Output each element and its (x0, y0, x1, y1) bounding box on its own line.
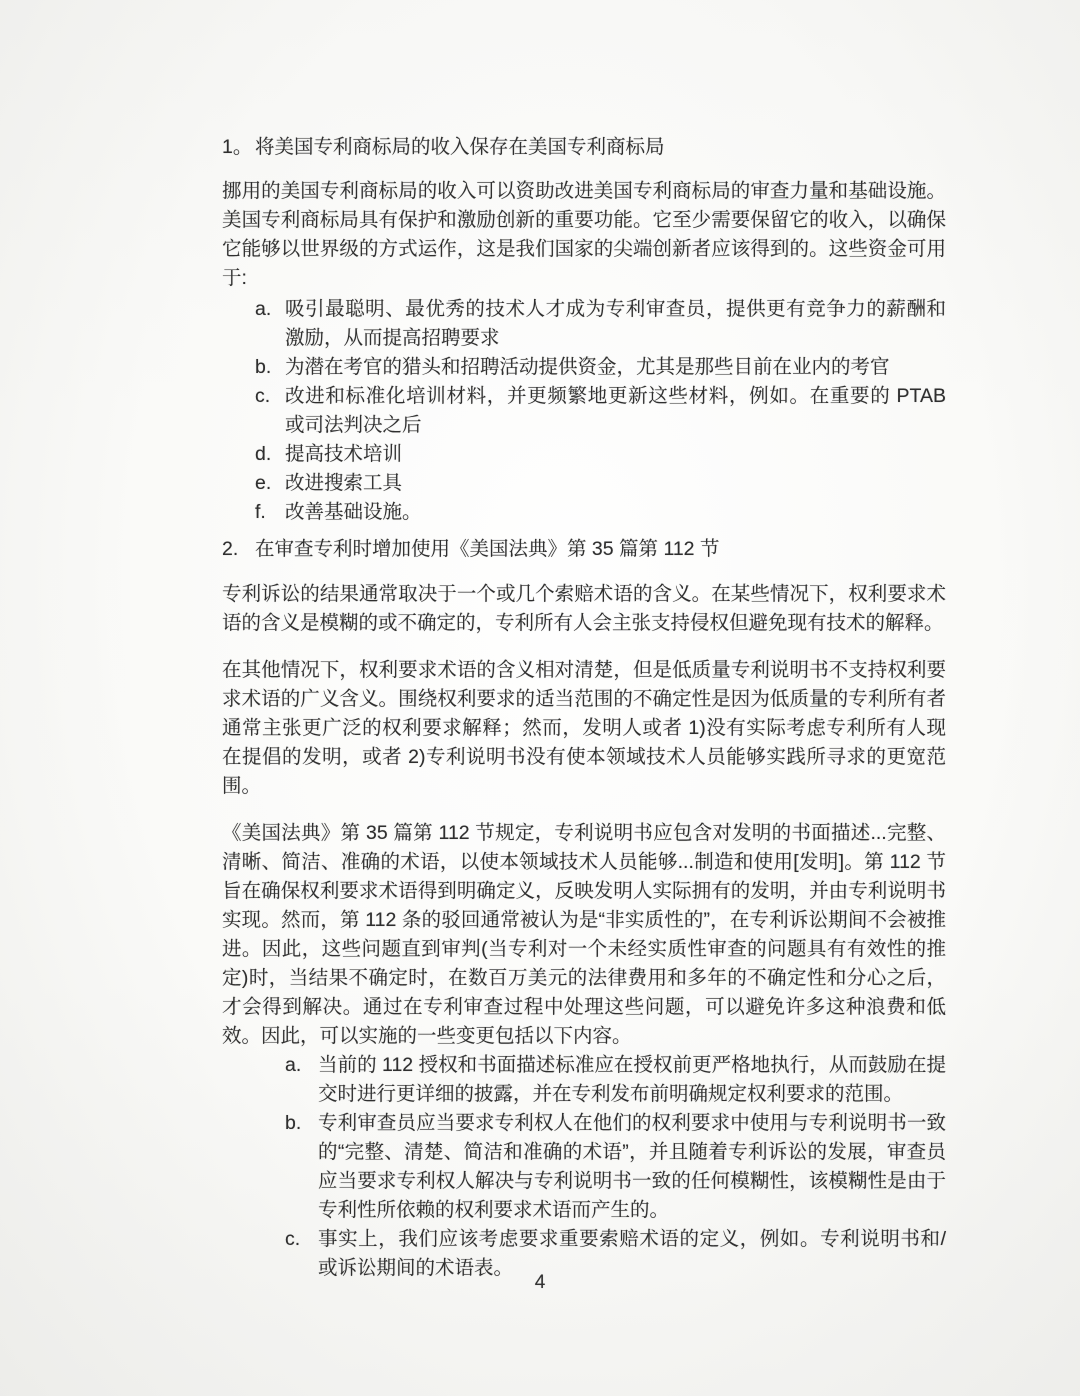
list-item-label: c. (285, 1225, 318, 1254)
list-item-label: c. (255, 382, 285, 411)
list-item-text: 专利审查员应当要求专利权人在他们的权利要求中使用与专利说明书一致的“完整、清楚、… (318, 1109, 946, 1225)
page-content: 1。 将美国专利商标局的收入保存在美国专利商标局 挪用的美国专利商标局的收入可以… (222, 133, 946, 1283)
list-item: b. 专利审查员应当要求专利权人在他们的权利要求中使用与专利说明书一致的“完整、… (285, 1109, 946, 1225)
list-item-label: b. (285, 1109, 318, 1138)
list-item-label: a. (285, 1051, 318, 1080)
section-2-paragraph-1: 专利诉讼的结果通常取决于一个或几个索赔术语的含义。在某些情况下，权利要求术语的含… (222, 580, 946, 638)
list-item: f. 改善基础设施。 (255, 498, 946, 527)
list-item: a. 当前的 112 授权和书面描述标准应在授权前更严格地执行，从而鼓励在提交时… (285, 1051, 946, 1109)
list-item: a. 吸引最聪明、最优秀的技术人才成为专利审查员，提供更有竞争力的薪酬和激励，从… (255, 295, 946, 353)
section-2-title: 在审查专利时增加使用《美国法典》第 35 篇第 112 节 (255, 535, 946, 564)
list-item-text: 改善基础设施。 (285, 498, 946, 527)
list-item: b. 为潜在考官的猎头和招聘活动提供资金，尤其是那些目前在业内的考官 (255, 353, 946, 382)
list-item-label: d. (255, 440, 285, 469)
section-2-paragraph-2: 在其他情况下，权利要求术语的含义相对清楚，但是低质量专利说明书不支持权利要求术语… (222, 656, 946, 801)
list-item-label: f. (255, 498, 285, 527)
list-item-text: 改进和标准化培训材料，并更频繁地更新这些材料，例如。在重要的 PTAB 或司法判… (285, 382, 946, 440)
list-item-text: 改进搜索工具 (285, 469, 946, 498)
list-item: c. 改进和标准化培训材料，并更频繁地更新这些材料，例如。在重要的 PTAB 或… (255, 382, 946, 440)
list-item: d. 提高技术培训 (255, 440, 946, 469)
list-item-text: 吸引最聪明、最优秀的技术人才成为专利审查员，提供更有竞争力的薪酬和激励，从而提高… (285, 295, 946, 353)
page-number: 4 (0, 1272, 1080, 1294)
section-2-number: 2. (222, 535, 255, 564)
section-1-heading: 1。 将美国专利商标局的收入保存在美国专利商标局 (222, 133, 946, 162)
list-item-text: 当前的 112 授权和书面描述标准应在授权前更严格地执行，从而鼓励在提交时进行更… (318, 1051, 946, 1109)
list-item: e. 改进搜索工具 (255, 469, 946, 498)
list-item-label: b. (255, 353, 285, 382)
section-1-paragraph: 挪用的美国专利商标局的收入可以资助改进美国专利商标局的审查力量和基础设施。美国专… (222, 177, 946, 293)
section-1-title: 将美国专利商标局的收入保存在美国专利商标局 (255, 133, 946, 162)
document-page: 1。 将美国专利商标局的收入保存在美国专利商标局 挪用的美国专利商标局的收入可以… (0, 0, 1080, 1396)
section-2-list: a. 当前的 112 授权和书面描述标准应在授权前更严格地执行，从而鼓励在提交时… (222, 1051, 946, 1283)
list-item-text: 提高技术培训 (285, 440, 946, 469)
section-2-paragraph-3: 《美国法典》第 35 篇第 112 节规定，专利说明书应包含对发明的书面描述..… (222, 819, 946, 1051)
list-item-text: 为潜在考官的猎头和招聘活动提供资金，尤其是那些目前在业内的考官 (285, 353, 946, 382)
section-1-list: a. 吸引最聪明、最优秀的技术人才成为专利审查员，提供更有竞争力的薪酬和激励，从… (222, 295, 946, 527)
section-2-heading: 2. 在审查专利时增加使用《美国法典》第 35 篇第 112 节 (222, 535, 946, 564)
list-item-label: a. (255, 295, 285, 324)
section-1-number: 1。 (222, 133, 255, 162)
list-item-label: e. (255, 469, 285, 498)
